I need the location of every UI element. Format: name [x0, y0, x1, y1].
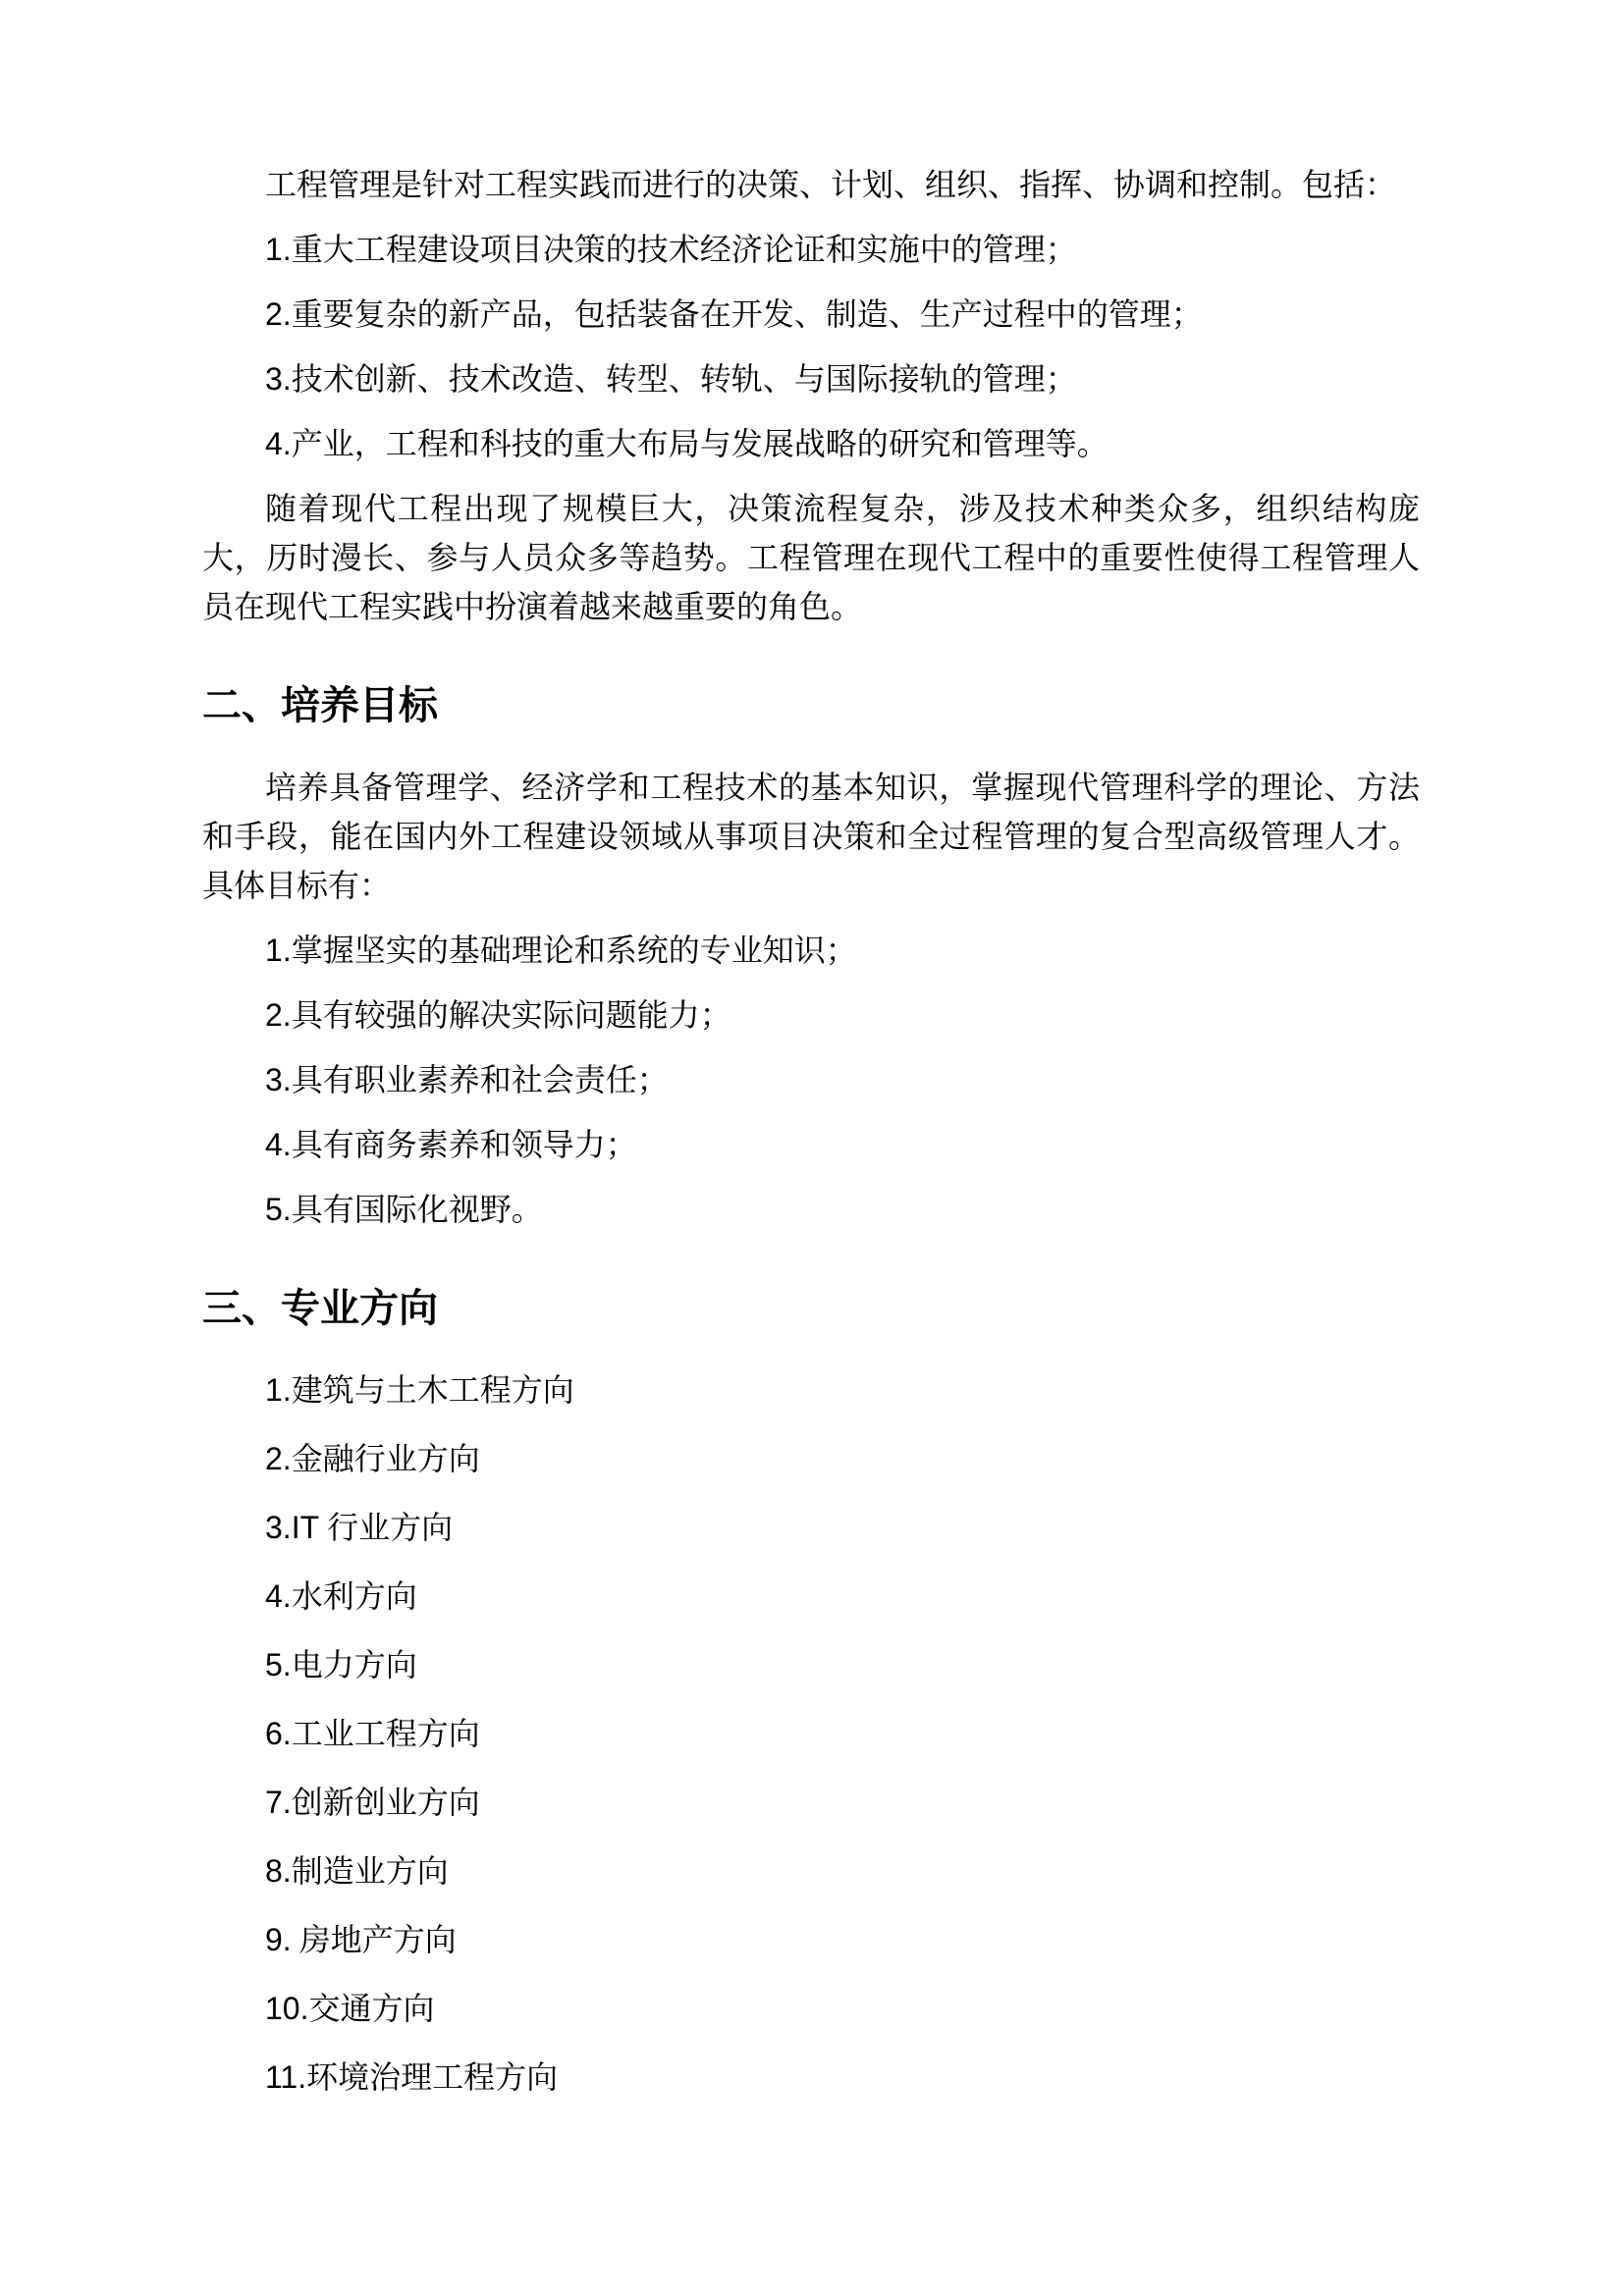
item-number: 11.	[265, 2059, 306, 2095]
item-number: 4.	[265, 1127, 292, 1162]
major-item: 2.金融行业方向	[202, 1434, 1420, 1483]
item-number: 2.	[265, 296, 292, 332]
objective-item: 2.具有较强的解决实际问题能力；	[202, 990, 1420, 1040]
item-number: 1.	[265, 232, 292, 267]
item-text: 掌握坚实的基础理论和系统的专业知识；	[292, 933, 857, 968]
major-item: 8.制造业方向	[202, 1846, 1420, 1896]
training-objectives-paragraph: 培养具备管理学、经济学和工程技术的基本知识，掌握现代管理科学的理论、方法和手段，…	[202, 763, 1420, 910]
major-item: 10.交通方向	[202, 1984, 1420, 2033]
item-text: 环境治理工程方向	[306, 2059, 558, 2095]
item-number: 5.	[265, 1647, 292, 1682]
item-number: 3.IT	[265, 1510, 319, 1545]
major-item: 4.水利方向	[202, 1572, 1420, 1621]
item-text: 房地产方向	[292, 1922, 457, 1957]
item-text: 制造业方向	[292, 1853, 449, 1889]
intro-item: 1.重大工程建设项目决策的技术经济论证和实施中的管理；	[202, 225, 1420, 274]
item-text: 具有较强的解决实际问题能力；	[292, 997, 731, 1033]
item-text: 建筑与土木工程方向	[292, 1372, 574, 1408]
document-page: 工程管理是针对工程实践而进行的决策、计划、组织、指挥、协调和控制。包括： 1.重…	[0, 0, 1623, 2296]
item-text: 电力方向	[292, 1647, 417, 1682]
objective-item: 1.掌握坚实的基础理论和系统的专业知识；	[202, 926, 1420, 975]
item-number: 1.	[265, 933, 292, 968]
intro-item: 2.重要复杂的新产品，包括装备在开发、制造、生产过程中的管理；	[202, 290, 1420, 339]
item-number: 6.	[265, 1716, 292, 1751]
major-item: 1.建筑与土木工程方向	[202, 1365, 1420, 1415]
major-item: 11.环境治理工程方向	[202, 2053, 1420, 2102]
intro-closing-paragraph: 随着现代工程出现了规模巨大，决策流程复杂，涉及技术种类众多，组织结构庞大，历时漫…	[202, 484, 1420, 631]
objective-item: 4.具有商务素养和领导力；	[202, 1120, 1420, 1169]
item-text: 交通方向	[308, 1991, 434, 2026]
objective-item: 5.具有国际化视野。	[202, 1185, 1420, 1234]
item-text: 具有职业素养和社会责任；	[292, 1062, 669, 1097]
item-text: 重大工程建设项目决策的技术经济论证和实施中的管理；	[292, 232, 1077, 267]
item-number: 5.	[265, 1192, 292, 1227]
item-text: 产业，工程和科技的重大布局与发展战略的研究和管理等。	[292, 426, 1109, 461]
major-item: 6.工业工程方向	[202, 1709, 1420, 1758]
item-number: 10.	[265, 1991, 308, 2026]
item-text: 水利方向	[292, 1578, 417, 1614]
objective-item: 3.具有职业素养和社会责任；	[202, 1055, 1420, 1104]
item-text: 创新创业方向	[292, 1785, 480, 1820]
item-text: 技术创新、技术改造、转型、转轨、与国际接轨的管理；	[292, 361, 1077, 397]
intro-item: 4.产业，工程和科技的重大布局与发展战略的研究和管理等。	[202, 419, 1420, 468]
item-text: 重要复杂的新产品，包括装备在开发、制造、生产过程中的管理；	[292, 296, 1203, 332]
item-number: 7.	[265, 1785, 292, 1820]
major-item: 9. 房地产方向	[202, 1915, 1420, 1964]
section-heading-training-objectives: 二、培养目标	[202, 676, 1420, 735]
major-directions-list: 1.建筑与土木工程方向 2.金融行业方向 3.IT 行业方向 4.水利方向 5.…	[202, 1365, 1420, 2102]
item-number: 4.	[265, 426, 292, 461]
item-number: 8.	[265, 1853, 292, 1889]
item-text: 具有商务素养和领导力；	[292, 1127, 637, 1162]
intro-paragraph: 工程管理是针对工程实践而进行的决策、计划、组织、指挥、协调和控制。包括：	[202, 160, 1420, 209]
major-item: 3.IT 行业方向	[202, 1503, 1420, 1552]
item-text: 具有国际化视野。	[292, 1192, 543, 1227]
section-heading-major-directions: 三、专业方向	[202, 1279, 1420, 1338]
item-number: 4.	[265, 1578, 292, 1614]
item-number: 9.	[265, 1922, 292, 1957]
item-number: 3.	[265, 1062, 292, 1097]
item-number: 3.	[265, 361, 292, 397]
intro-item: 3.技术创新、技术改造、转型、转轨、与国际接轨的管理；	[202, 354, 1420, 403]
major-item: 5.电力方向	[202, 1640, 1420, 1689]
major-item: 7.创新创业方向	[202, 1778, 1420, 1827]
item-number: 2.	[265, 1441, 292, 1476]
item-text: 行业方向	[319, 1510, 453, 1545]
item-number: 2.	[265, 997, 292, 1033]
item-text: 工业工程方向	[292, 1716, 480, 1751]
item-number: 1.	[265, 1372, 292, 1408]
item-text: 金融行业方向	[292, 1441, 480, 1476]
